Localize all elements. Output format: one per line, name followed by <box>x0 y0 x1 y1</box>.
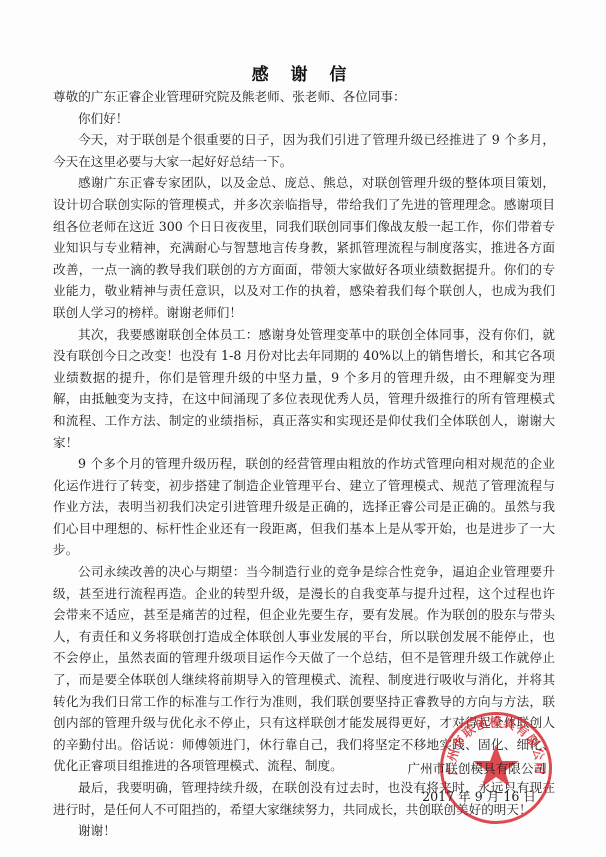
paragraph-1: 今天，对于联创是个很重要的日子，因为我们引进了管理升级已经推进了 9 个多月，今… <box>53 129 555 172</box>
letter-title: 感 谢 信 <box>0 60 606 85</box>
salutation: 尊敬的广东正睿企业管理研究院及熊老师、张老师、各位同事： <box>53 86 555 108</box>
signature-date: 2017 年 9 月 16 日 <box>422 786 536 805</box>
closing-thanks: 谢谢！ <box>53 820 555 842</box>
paragraph-2: 感谢广东正睿专家团队，以及金总、庞总、熊总，对联创管理升级的整体项目策划，设计切… <box>53 172 555 323</box>
paragraph-4: 9 个多个月的管理升级历程，联创的经营管理由粗放的作坊式管理向相对规范的企业化运… <box>53 453 555 561</box>
greeting: 你们好！ <box>53 108 555 130</box>
letter-page: 感 谢 信 尊敬的广东正睿企业管理研究院及熊老师、张老师、各位同事： 你们好！ … <box>0 0 606 857</box>
paragraph-3: 其次，我要感谢联创全体员工：感谢身处管理变革中的联创全体同事，没有你们，就没有联… <box>53 324 555 454</box>
signature-company: 广州市联创模具有限公司 <box>407 758 546 777</box>
